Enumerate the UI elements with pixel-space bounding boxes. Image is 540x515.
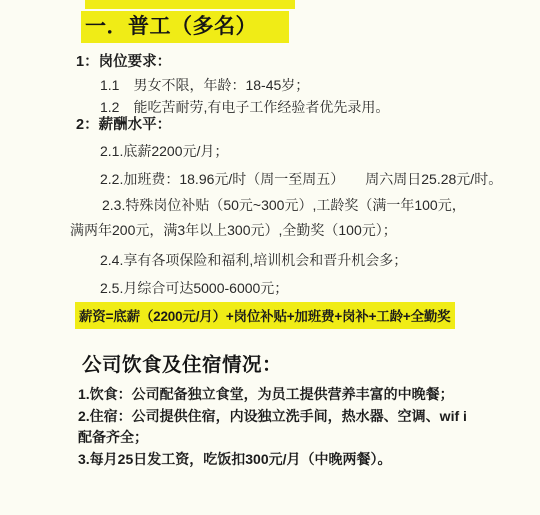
salary-formula-highlight: 薪资=底薪（2200元/月）+岗位补贴+加班费+岗补+工龄+全勤奖 <box>75 302 455 329</box>
salary-item-overtime: 2.2.加班费：18.96元/时（周一至周五） 周六周日25.28元/时。 <box>100 170 502 189</box>
salary-item-monthly-total: 2.5.月综合可达5000-6000元； <box>100 279 288 298</box>
section-heading-food-lodging: 公司饮食及住宿情况： <box>82 349 282 377</box>
food-lodging-item-lodging-line1: 2.住宿：公司提供住宿，内设独立洗手间，热水器、空调、wif i <box>78 407 467 426</box>
salary-item-base: 2.1.底薪2200元/月； <box>100 142 228 161</box>
food-lodging-item-payday: 3.每月25日发工资，吃饭扣300元/月（中晚两餐）。 <box>78 450 392 469</box>
section-heading-requirements: 1：岗位要求： <box>76 53 171 72</box>
requirement-item-2: 1.2 能吃苦耐劳,有电子工作经验者优先录用。 <box>100 98 389 117</box>
job-posting-document: 一．普工（多名） 1：岗位要求： 1.1 男女不限，年龄：18-45岁； 1.2… <box>0 0 540 515</box>
food-lodging-item-lodging-line2: 配备齐全； <box>78 428 148 447</box>
salary-item-benefits: 2.4.享有各项保险和福利,培训机会和晋升机会多； <box>100 251 407 270</box>
section-heading-salary: 2：薪酬水平： <box>76 116 171 135</box>
requirement-item-1: 1.1 男女不限，年龄：18-45岁； <box>100 76 309 95</box>
food-lodging-item-food: 1.饮食：公司配备独立食堂，为员工提供营养丰富的中晚餐； <box>78 385 454 404</box>
highlight-strip-top <box>85 0 295 9</box>
page-title: 一．普工（多名） <box>81 11 289 43</box>
salary-item-allowance-line2: 满两年200元，满3年以上300元）,全勤奖（100元）； <box>70 221 397 240</box>
salary-item-allowance-line1: 2.3.特殊岗位补贴（50元~300元）,工龄奖（满一年100元， <box>102 196 466 215</box>
